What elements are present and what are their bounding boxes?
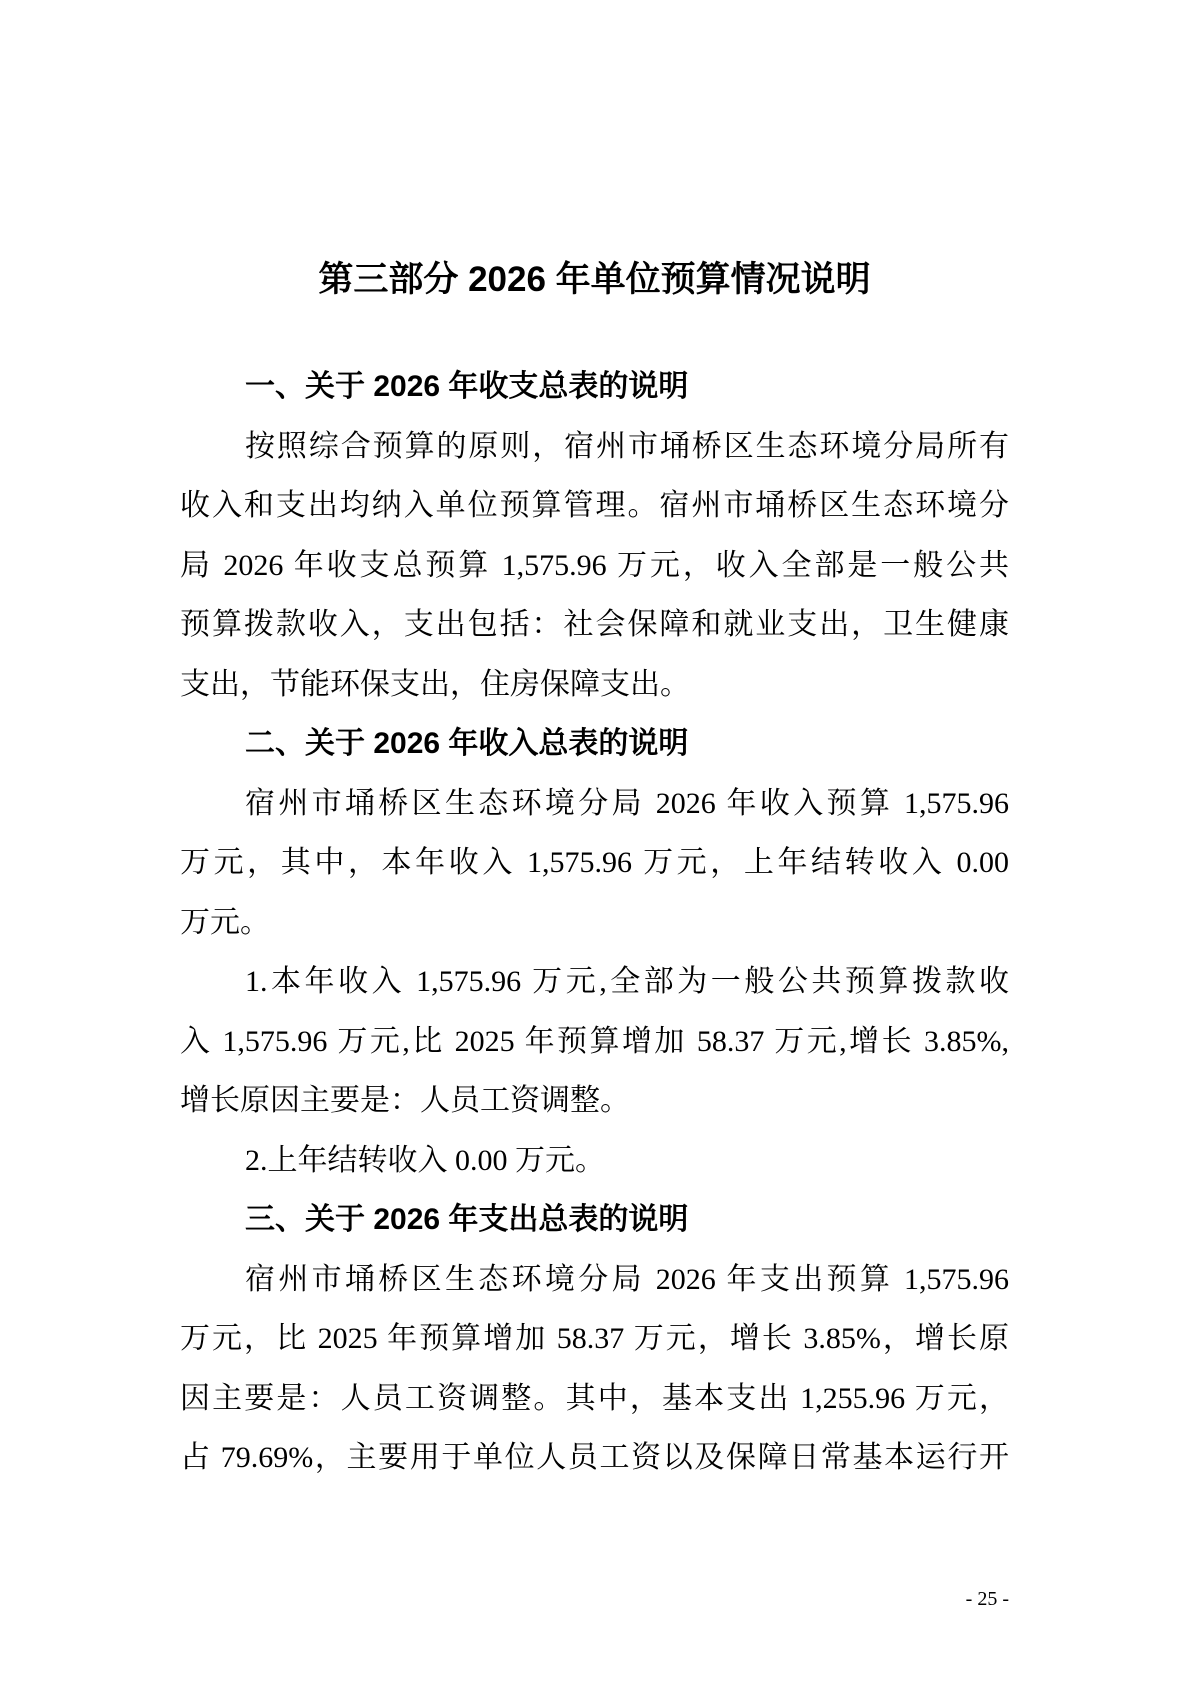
text-line: 万元，比 2025 年预算增加 58.37 万元，增长 3.85%，增长原 [180, 1309, 1009, 1369]
text-line: 占 79.69%，主要用于单位人员工资以及保障日常基本运行开 [180, 1428, 1009, 1488]
text-line: 1.本年收入 1,575.96 万元,全部为一般公共预算拨款收 [180, 952, 1009, 1012]
text-line: 增长原因主要是：人员工资调整。 [180, 1071, 1009, 1131]
text-line: 宿州市埇桥区生态环境分局 2026 年支出预算 1,575.96 [180, 1250, 1009, 1310]
text-line: 局 2026 年收支总预算 1,575.96 万元，收入全部是一般公共 [180, 536, 1009, 596]
text-line: 入 1,575.96 万元,比 2025 年预算增加 58.37 万元,增长 3… [180, 1012, 1009, 1072]
text-line: 按照综合预算的原则，宿州市埇桥区生态环境分局所有 [180, 417, 1009, 477]
text-line: 预算拨款收入，支出包括：社会保障和就业支出，卫生健康 [180, 595, 1009, 655]
section-heading-2: 二、关于 2026 年收入总表的说明 [180, 714, 1009, 774]
document-title: 第三部分 2026 年单位预算情况说明 [180, 258, 1009, 302]
page: 第三部分 2026 年单位预算情况说明 一、关于 2026 年收支总表的说明 按… [0, 0, 1190, 1683]
text-line: 支出，节能环保支出，住房保障支出。 [180, 655, 1009, 715]
text-line: 因主要是：人员工资调整。其中，基本支出 1,255.96 万元， [180, 1369, 1009, 1429]
document-body: 一、关于 2026 年收支总表的说明 按照综合预算的原则，宿州市埇桥区生态环境分… [180, 357, 1009, 1488]
page-number: - 25 - [180, 1586, 1009, 1612]
text-line: 收入和支出均纳入单位预算管理。宿州市埇桥区生态环境分 [180, 476, 1009, 536]
section-heading-1: 一、关于 2026 年收支总表的说明 [180, 357, 1009, 417]
text-line: 2.上年结转收入 0.00 万元。 [180, 1131, 1009, 1191]
section-heading-3: 三、关于 2026 年支出总表的说明 [180, 1190, 1009, 1250]
text-line: 万元。 [180, 893, 1009, 953]
text-line: 宿州市埇桥区生态环境分局 2026 年收入预算 1,575.96 [180, 774, 1009, 834]
text-line: 万元，其中，本年收入 1,575.96 万元，上年结转收入 0.00 [180, 833, 1009, 893]
